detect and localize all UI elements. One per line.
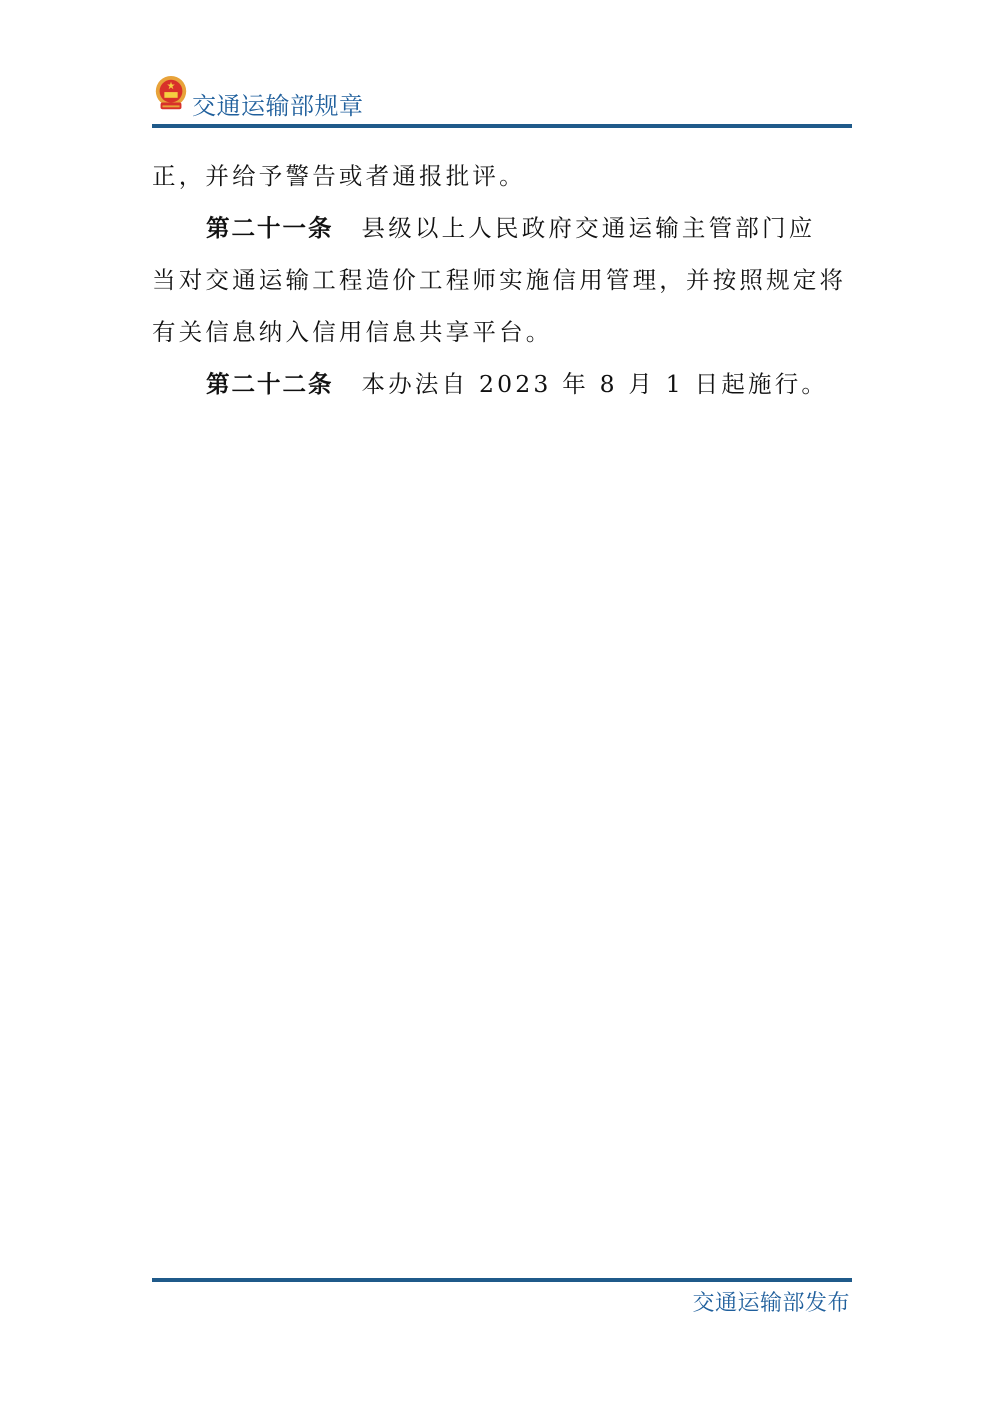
- header-divider: [152, 124, 852, 128]
- national-emblem-icon: [152, 74, 190, 114]
- header-title: 交通运输部规章: [192, 86, 364, 121]
- line-text: 有关信息纳入信用信息共享平台。: [152, 318, 553, 346]
- line-text: 县级以上人民政府交通运输主管部门应: [362, 214, 816, 242]
- paragraph-line: 当对交通运输工程造价工程师实施信用管理，并按照规定将: [152, 254, 852, 306]
- paragraph-line: 有关信息纳入信用信息共享平台。: [152, 306, 852, 358]
- document-body: 正，并给予警告或者通报批评。 第二十一条县级以上人民政府交通运输主管部门应 当对…: [152, 150, 852, 410]
- article-22: 第二十二条本办法自 2023 年 8 月 1 日起施行。: [152, 358, 852, 410]
- footer-publisher: 交通运输部发布: [692, 1286, 850, 1317]
- line-text: 当对交通运输工程造价工程师实施信用管理，并按照规定将: [152, 266, 846, 294]
- page-header: 交通运输部规章: [152, 72, 852, 128]
- article-21: 第二十一条县级以上人民政府交通运输主管部门应: [152, 202, 852, 254]
- footer-divider: [152, 1278, 852, 1282]
- paragraph-line: 正，并给予警告或者通报批评。: [152, 150, 852, 202]
- article-number: 第二十二条: [206, 370, 334, 398]
- line-text: 正，并给予警告或者通报批评。: [152, 162, 526, 190]
- article-number: 第二十一条: [206, 214, 334, 242]
- line-text: 本办法自 2023 年 8 月 1 日起施行。: [362, 370, 829, 398]
